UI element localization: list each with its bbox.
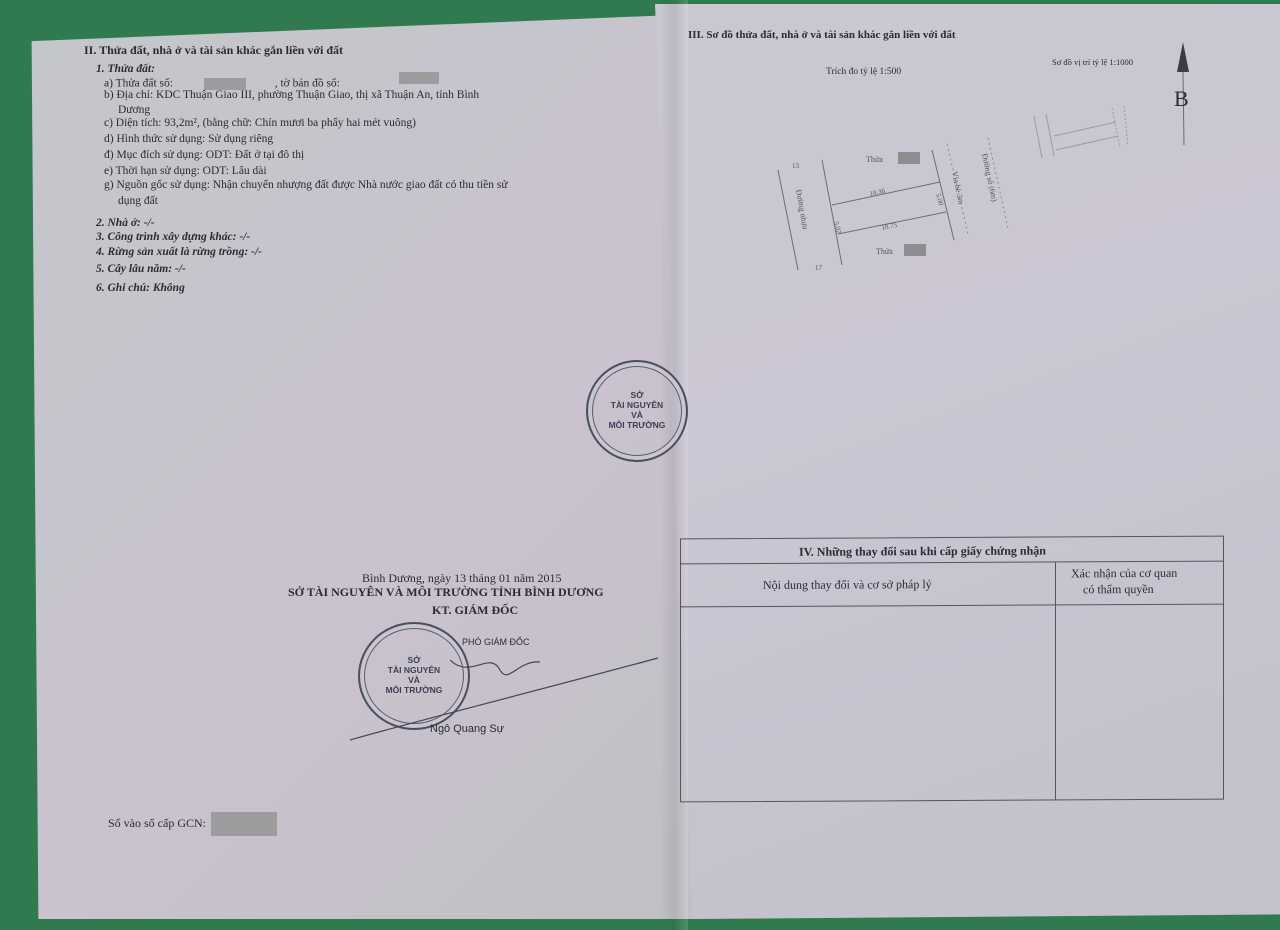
svg-text:Thửa: Thửa [866,155,883,164]
address-line1: b) Địa chỉ: KDC Thuận Giao III, phường T… [104,90,479,102]
address-line2: Dương [118,105,150,117]
svg-text:Đường nhựa: Đường nhựa [794,189,810,231]
section-iii-title: III. Sơ đồ thửa đất, nhà ở và tài sản kh… [688,30,956,41]
date-line: Bình Dương, ngày 13 tháng 01 năm 2015 [362,572,562,584]
svg-text:5.00: 5.00 [934,192,945,206]
usage-term: e) Thời hạn sử dụng: ODT: Lâu dài [104,166,267,178]
parcel-heading: 1. Thửa đất: [96,64,155,76]
svg-text:18.36: 18.36 [869,187,887,198]
usage-purpose: đ) Mục đích sử dụng: ODT: Đất ở tại đô t… [104,150,304,162]
map-sheet-redacted [399,72,439,84]
svg-text:17: 17 [815,264,823,272]
svg-text:18.75: 18.75 [881,221,899,232]
scale-location: Sơ đồ vị trí tỷ lệ 1:1000 [1052,58,1133,67]
origin-line1: g) Nguồn gốc sử dụng: Nhận chuyển nhượng… [104,180,508,192]
svg-text:5.02: 5.02 [832,220,843,234]
parcel-diagram: 18.36 18.75 5.02 5.00 Đường nhựa Vỉa hè … [760,130,1020,280]
signature [340,640,670,750]
official-stamp-top: SỞ TÀI NGUYÊN VÀ MÔI TRƯỜNG [586,360,688,462]
svg-text:13: 13 [792,162,800,170]
area: c) Diện tích: 93,2m², (bằng chữ: Chín mư… [104,118,416,130]
north-label: B [1174,88,1189,110]
map-sheet-label: , tờ bản đồ số: [275,78,340,90]
changes-col-content: Nội dung thay đổi và cơ sở pháp lý [763,578,932,591]
section-ii-title: II. Thửa đất, nhà ở và tài sản khác gắn … [84,44,343,56]
director-line: KT. GIÁM ĐỐC [432,604,518,616]
document-photo: II. Thửa đất, nhà ở và tài sản khác gắn … [0,0,1280,930]
other-construction: 3. Công trình xây dựng khác: -/- [96,232,250,244]
changes-table: IV. Những thay đổi sau khi cấp giấy chứn… [680,536,1224,803]
parcel-number-label: a) Thửa đất số: [104,78,173,90]
registry-label: Số vào sổ cấp GCN: [108,816,206,830]
house: 2. Nhà ở: -/- [96,218,155,230]
changes-table-title: IV. Những thay đổi sau khi cấp giấy chứn… [799,545,1046,558]
stamp-line: MÔI TRƯỜNG [609,421,666,431]
scale-extract: Trích đo tỷ lệ 1:500 [826,68,901,78]
svg-text:Vỉa hè 3m: Vỉa hè 3m [950,171,966,206]
changes-col-confirm-line1: Xác nhận của cơ quan [1071,567,1177,580]
signer-name: Ngô Quang Sự [430,724,504,735]
registry-number-redacted [211,812,277,836]
usage-form: d) Hình thức sử dụng: Sử dụng riêng [104,134,273,146]
location-sketch [1028,100,1128,160]
production-forest: 4. Rừng sản xuất là rừng trồng: -/- [96,247,262,259]
issuer: SỞ TÀI NGUYÊN VÀ MÔI TRƯỜNG TỈNH BÌNH DƯ… [288,586,604,598]
note: 6. Ghi chú: Không [96,283,185,295]
changes-col-confirm-line2: có thẩm quyền [1083,583,1154,595]
registry-row: Số vào sổ cấp GCN: [108,812,277,836]
svg-text:Đường số (6m): Đường số (6m) [980,153,999,203]
svg-text:Thửa: Thửa [876,247,893,256]
origin-line2: dụng đất [118,196,158,208]
perennial-trees: 5. Cây lâu năm: -/- [96,264,186,276]
